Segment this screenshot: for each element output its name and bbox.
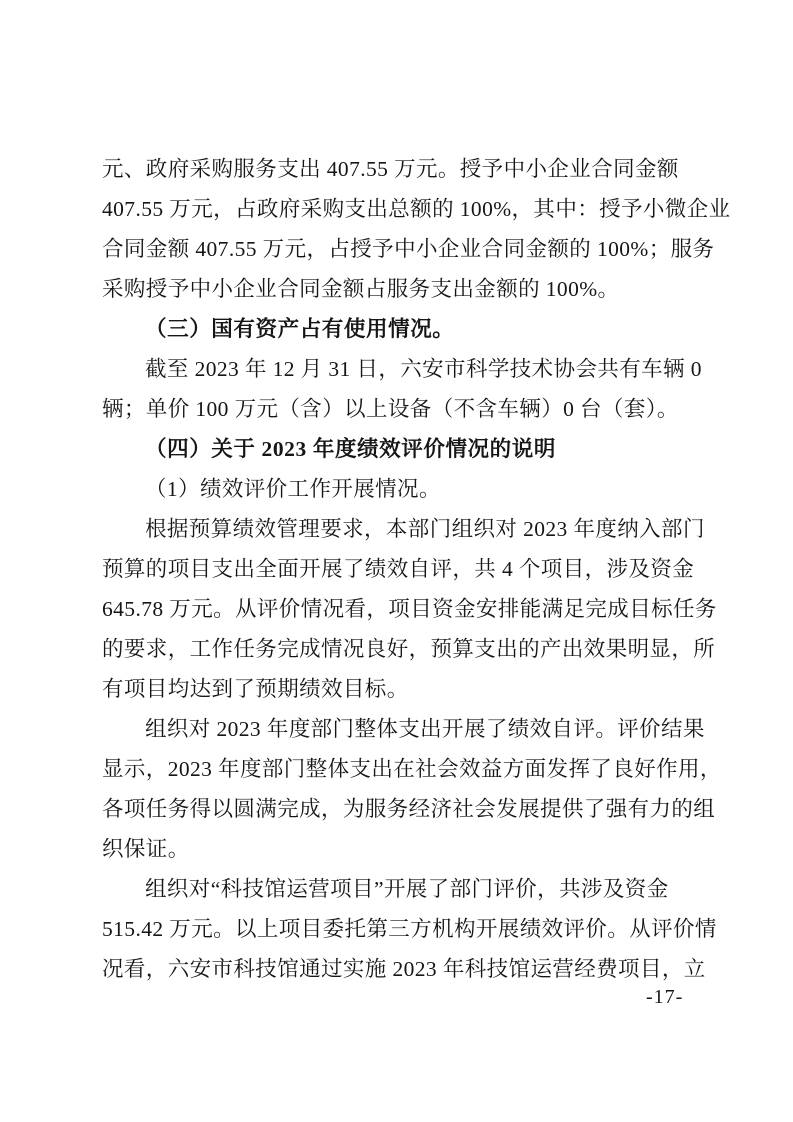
body-line: 预算的项目支出全面开展了绩效自评，共 4 个项目，涉及资金 [102,549,694,589]
body-line: 407.55 万元，占政府采购支出总额的 100%，其中：授予小微企业 [102,189,694,229]
body-line: 采购授予中小企业合同金额占服务支出金额的 100%。 [102,269,694,309]
section-heading-state-assets: （三）国有资产占有使用情况。 [102,309,694,349]
body-line: 织保证。 [102,829,694,869]
body-line: 组织对 2023 年度部门整体支出开展了绩效自评。评价结果 [102,709,694,749]
body-line: 况看，六安市科技馆通过实施 2023 年科技馆运营经费项目，立 [102,949,694,989]
document-page: 元、政府采购服务支出 407.55 万元。授予中小企业合同金额 407.55 万… [0,0,793,1122]
body-line: 组织对“科技馆运营项目”开展了部门评价，共涉及资金 [102,869,694,909]
document-body: 元、政府采购服务支出 407.55 万元。授予中小企业合同金额 407.55 万… [102,149,694,989]
body-line: 515.42 万元。以上项目委托第三方机构开展绩效评价。从评价情 [102,909,694,949]
page-number: -17- [646,984,683,1010]
body-line: 截至 2023 年 12 月 31 日，六安市科学技术协会共有车辆 0 [102,349,694,389]
section-heading-performance-evaluation: （四）关于 2023 年度绩效评价情况的说明 [102,429,694,469]
body-line: 的要求，工作任务完成情况良好，预算支出的产出效果明显，所 [102,629,694,669]
body-line: 辆；单价 100 万元（含）以上设备（不含车辆）0 台（套）。 [102,389,694,429]
body-line: 元、政府采购服务支出 407.55 万元。授予中小企业合同金额 [102,149,694,189]
body-line: 有项目均达到了预期绩效目标。 [102,669,694,709]
body-line: 根据预算绩效管理要求，本部门组织对 2023 年度纳入部门 [102,509,694,549]
body-line: 合同金额 407.55 万元，占授予中小企业合同金额的 100%；服务 [102,229,694,269]
body-line: 各项任务得以圆满完成，为服务经济社会发展提供了强有力的组 [102,789,694,829]
subsection-heading-evaluation-work: （1）绩效评价工作开展情况。 [102,469,694,509]
body-line: 645.78 万元。从评价情况看，项目资金安排能满足完成目标任务 [102,589,694,629]
body-line: 显示，2023 年度部门整体支出在社会效益方面发挥了良好作用， [102,749,694,789]
